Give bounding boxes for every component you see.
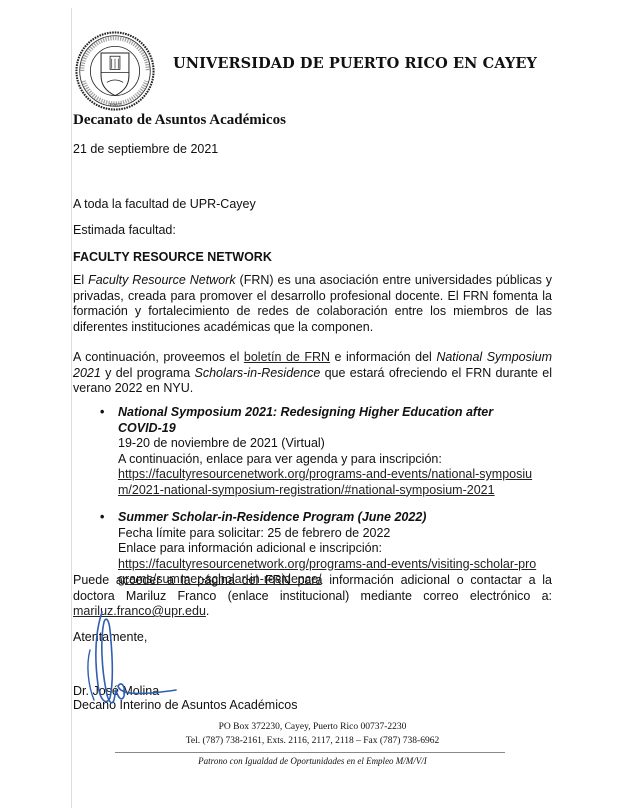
list-item: • National Symposium 2021: Redesigning H…: [98, 405, 538, 498]
footer-phone: Tel. (787) 738-2161, Exts. 2116, 2117, 2…: [0, 734, 625, 748]
footer-eeo-statement: Patrono con Igualdad de Oportunidades en…: [0, 756, 625, 766]
letter-date: 21 de septiembre de 2021: [73, 142, 218, 158]
program-deadline: Fecha límite para solicitar: 25 de febre…: [118, 526, 538, 542]
program-date: 19-20 de noviembre de 2021 (Virtual): [118, 436, 538, 452]
university-name: UNIVERSIDAD DE PUERTO RICO EN CAYEY: [173, 55, 537, 72]
symposium-registration-link[interactable]: https://facultyresourcenetwork.org/progr…: [118, 467, 538, 498]
footer-address: PO Box 372230, Cayey, Puerto Rico 00737-…: [0, 720, 625, 734]
page-edge-line: [71, 8, 72, 808]
program-note: Enlace para información adicional e insc…: [118, 541, 538, 557]
signer-title: Decano Interino de Asuntos Académicos: [73, 698, 297, 714]
program-title: National Symposium 2021: Redesigning Hig…: [118, 405, 538, 436]
contact-paragraph: Puede acceder a la página del FRN para i…: [73, 573, 552, 620]
letter-recipient: A toda la facultad de UPR-Cayey: [73, 197, 256, 213]
newsletter-link[interactable]: boletín de FRN: [244, 350, 330, 364]
info-paragraph: A continuación, proveemos el boletín de …: [73, 350, 552, 397]
program-title: Summer Scholar-in-Residence Program (Jun…: [118, 510, 538, 526]
contact-email-link[interactable]: mariluz.franco@upr.edu: [73, 604, 206, 618]
bullet-icon: •: [100, 405, 104, 421]
bullet-icon: •: [100, 510, 104, 526]
program-list: • National Symposium 2021: Redesigning H…: [98, 405, 538, 600]
program-note: A continuación, enlace para ver agenda y…: [118, 452, 538, 468]
closing: Atentamente,: [73, 630, 147, 646]
section-title: FACULTY RESOURCE NETWORK: [73, 250, 272, 266]
svg-text:1967: 1967: [109, 102, 122, 108]
intro-paragraph: El Faculty Resource Network (FRN) es una…: [73, 273, 552, 335]
footer-divider: [115, 752, 505, 753]
university-seal-icon: 1967: [74, 30, 156, 112]
department-name: Decanato de Asuntos Académicos: [73, 112, 286, 129]
letter-salutation: Estimada facultad:: [73, 223, 176, 239]
